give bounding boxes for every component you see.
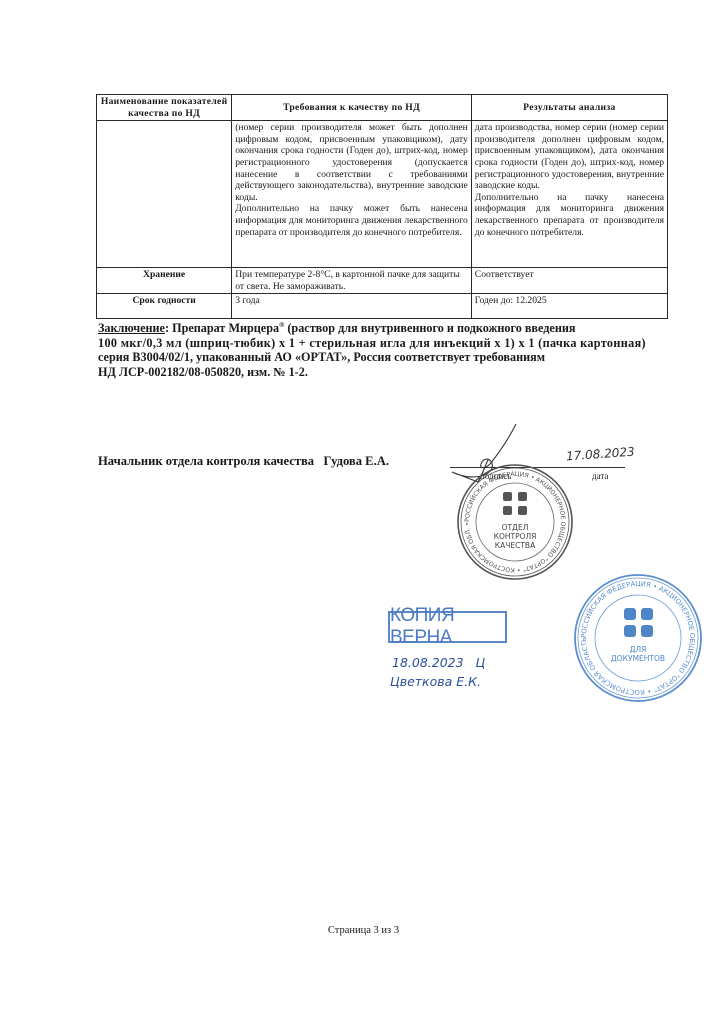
copy-certified-stamp: КОПИЯ ВЕРНА: [388, 611, 507, 643]
result-paragraph: дата производства, номер серии (номер се…: [475, 122, 664, 192]
requirement-paragraph: (номер серии производителя может быть до…: [235, 122, 468, 203]
svg-text:ДОКУМЕНТОВ: ДОКУМЕНТОВ: [611, 654, 665, 663]
copy-initials: Ц: [476, 655, 486, 670]
header-indicator: Наименование показателей качества по НД: [97, 95, 232, 121]
row-name: Хранение: [97, 268, 232, 294]
row-requirement: 3 года: [232, 294, 472, 319]
table-row-shelf-life: Срок годности 3 года Годен до: 12.2025: [97, 294, 668, 319]
conclusion-line-2: 100 мкг/0,3 мл (шприц-тюбик) х 1 + стери…: [98, 336, 678, 351]
header-results: Результаты анализа: [471, 95, 667, 121]
conclusion-line-1: Заключение: Препарат Мирцера® (раствор д…: [98, 318, 678, 336]
signatory-line: Начальник отдела контроля качества Гудов…: [98, 454, 389, 469]
row-result: дата производства, номер серии (номер се…: [471, 121, 667, 268]
signature-date: 17.08.2023: [566, 445, 636, 464]
svg-text:ДЛЯ: ДЛЯ: [630, 645, 647, 654]
document-page: Наименование показателей качества по НД …: [0, 0, 727, 1024]
row-requirement: (номер серии производителя может быть до…: [232, 121, 472, 268]
svg-text:КАЧЕСТВА: КАЧЕСТВА: [495, 541, 536, 550]
signatory-position: Начальник отдела контроля качества: [98, 454, 314, 468]
row-result: Годен до: 12.2025: [471, 294, 667, 319]
copy-stamp-name: Цветкова Е.К.: [390, 674, 481, 689]
conclusion-label: Заключение: [98, 321, 165, 335]
svg-text:ОТДЕЛ: ОТДЕЛ: [502, 523, 529, 532]
svg-text:КОНТРОЛЯ: КОНТРОЛЯ: [494, 532, 537, 541]
row-requirement: При температуре 2-8°С, в картонной пачке…: [232, 268, 472, 294]
copy-date-text: 18.08.2023: [392, 655, 464, 670]
requirement-paragraph: Дополнительно на пачку может быть нанесе…: [235, 203, 468, 238]
result-paragraph: Дополнительно на пачку нанесена информац…: [475, 192, 664, 238]
row-name: Срок годности: [97, 294, 232, 319]
signatory-name: Гудова Е.А.: [324, 454, 389, 468]
documents-stamp-icon: РОССИЙСКАЯ ФЕДЕРАЦИЯ • АКЦИОНЕРНОЕ ОБЩЕС…: [563, 568, 713, 708]
svg-text:РОССИЙСКАЯ ФЕДЕРАЦИЯ • АКЦИОНЕ: РОССИЙСКАЯ ФЕДЕРАЦИЯ • АКЦИОНЕРНОЕ ОБЩЕС…: [455, 462, 566, 573]
conclusion-line-3: серия В3004/02/1, упакованный АО «ОРТАТ»…: [98, 350, 678, 365]
row-result: Соответствует: [471, 268, 667, 294]
date-caption: дата: [592, 471, 608, 481]
product-name: Препарат Мирцера: [172, 321, 279, 335]
table-row: (номер серии производителя может быть до…: [97, 121, 668, 268]
header-requirements: Требования к качеству по НД: [232, 95, 472, 121]
table-header-row: Наименование показателей качества по НД …: [97, 95, 668, 121]
conclusion-block: Заключение: Препарат Мирцера® (раствор д…: [98, 318, 678, 379]
row-name: [97, 121, 232, 268]
conclusion-text: (раствор для внутривенного и подкожного …: [284, 321, 575, 335]
table-row-storage: Хранение При температуре 2-8°С, в картон…: [97, 268, 668, 294]
page-number: Страница 3 из 3: [0, 925, 727, 936]
conclusion-line-4: НД ЛСР-002182/08-050820, изм. № 1-2.: [98, 365, 678, 380]
copy-stamp-date: 18.08.2023 Ц: [392, 655, 485, 670]
quality-table: Наименование показателей качества по НД …: [96, 94, 668, 319]
qc-department-stamp-icon: РОССИЙСКАЯ ФЕДЕРАЦИЯ • АКЦИОНЕРНОЕ ОБЩЕС…: [455, 462, 575, 582]
